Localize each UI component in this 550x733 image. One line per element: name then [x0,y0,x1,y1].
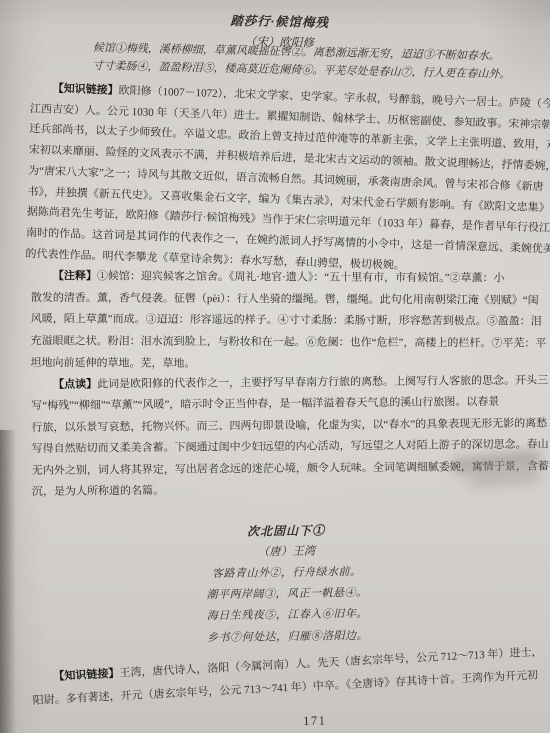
text-line-body: 此词是欧阳修的代表作之一，主要抒写早春南方行旅的离愁。上阕写行人客旅的思念。开头… [97,374,548,390]
section-marker: 【点读】 [53,378,97,390]
poem1-body: 候馆①梅残，溪桥柳细，草薰风暖摇征辔②。离愁渐远渐无穷，迢迢③不断如春水。 寸寸… [92,40,511,84]
knowledge-section-2: 【知识链接】王湾，唐代诗人，洛阳（今属河南）人。先天（唐玄宗年号，公元 712～… [31,641,544,713]
text-line-body: ①候馆：迎宾候客之馆舍。《周礼·地官·遗人》：“五十里有市，市有候馆。”②草薰：… [97,270,505,284]
section-marker: 【知识链接】 [52,83,118,97]
section-marker: 【知识链接】 [53,668,120,683]
section-marker: 【注释】 [53,270,97,282]
text-line: 充溢眼眶之状。粉泪：泪水流到脸上，与粉妆和在一起。⑥危阑：也作“危栏”，高楼上的… [31,331,547,355]
text-line: 【注释】①候馆：迎宾候客之馆舍。《周礼·地官·遗人》：“五十里有市，市有候馆。”… [31,266,547,290]
notes-section: 【注释】①候馆：迎宾候客之馆舍。《周礼·地官·遗人》：“五十里有市，市有候馆。”… [30,266,546,377]
text-line: 散发的清香。薰，香气侵袭。征辔（pèi）：行人坐骑的缰绳。辔，缰绳。此句化用南朝… [31,288,547,312]
left-edge-shadow [0,430,16,733]
text-line: 风暖，陌上草薰”而成。③迢迢：形容遥远的样子。④寸寸柔肠：柔肠寸断，形容愁苦到极… [31,309,547,333]
poem2-section: 次北固山下① （唐）王湾 客路青山外②，行舟绿水前。 潮平两岸阔③，风正一帆悬④… [0,516,550,652]
page-number: 171 [303,713,327,729]
book-page-photo: 踏莎行·候馆梅残 （宋）欧阳修 候馆①梅残，溪桥柳细，草薰风暖摇征辔②。离愁渐远… [0,0,550,733]
knowledge-section-1: 【知识链接】欧阳修（1007－1072），北宋文学家、史学家。字永叔，号醉翁，晚… [25,78,550,281]
